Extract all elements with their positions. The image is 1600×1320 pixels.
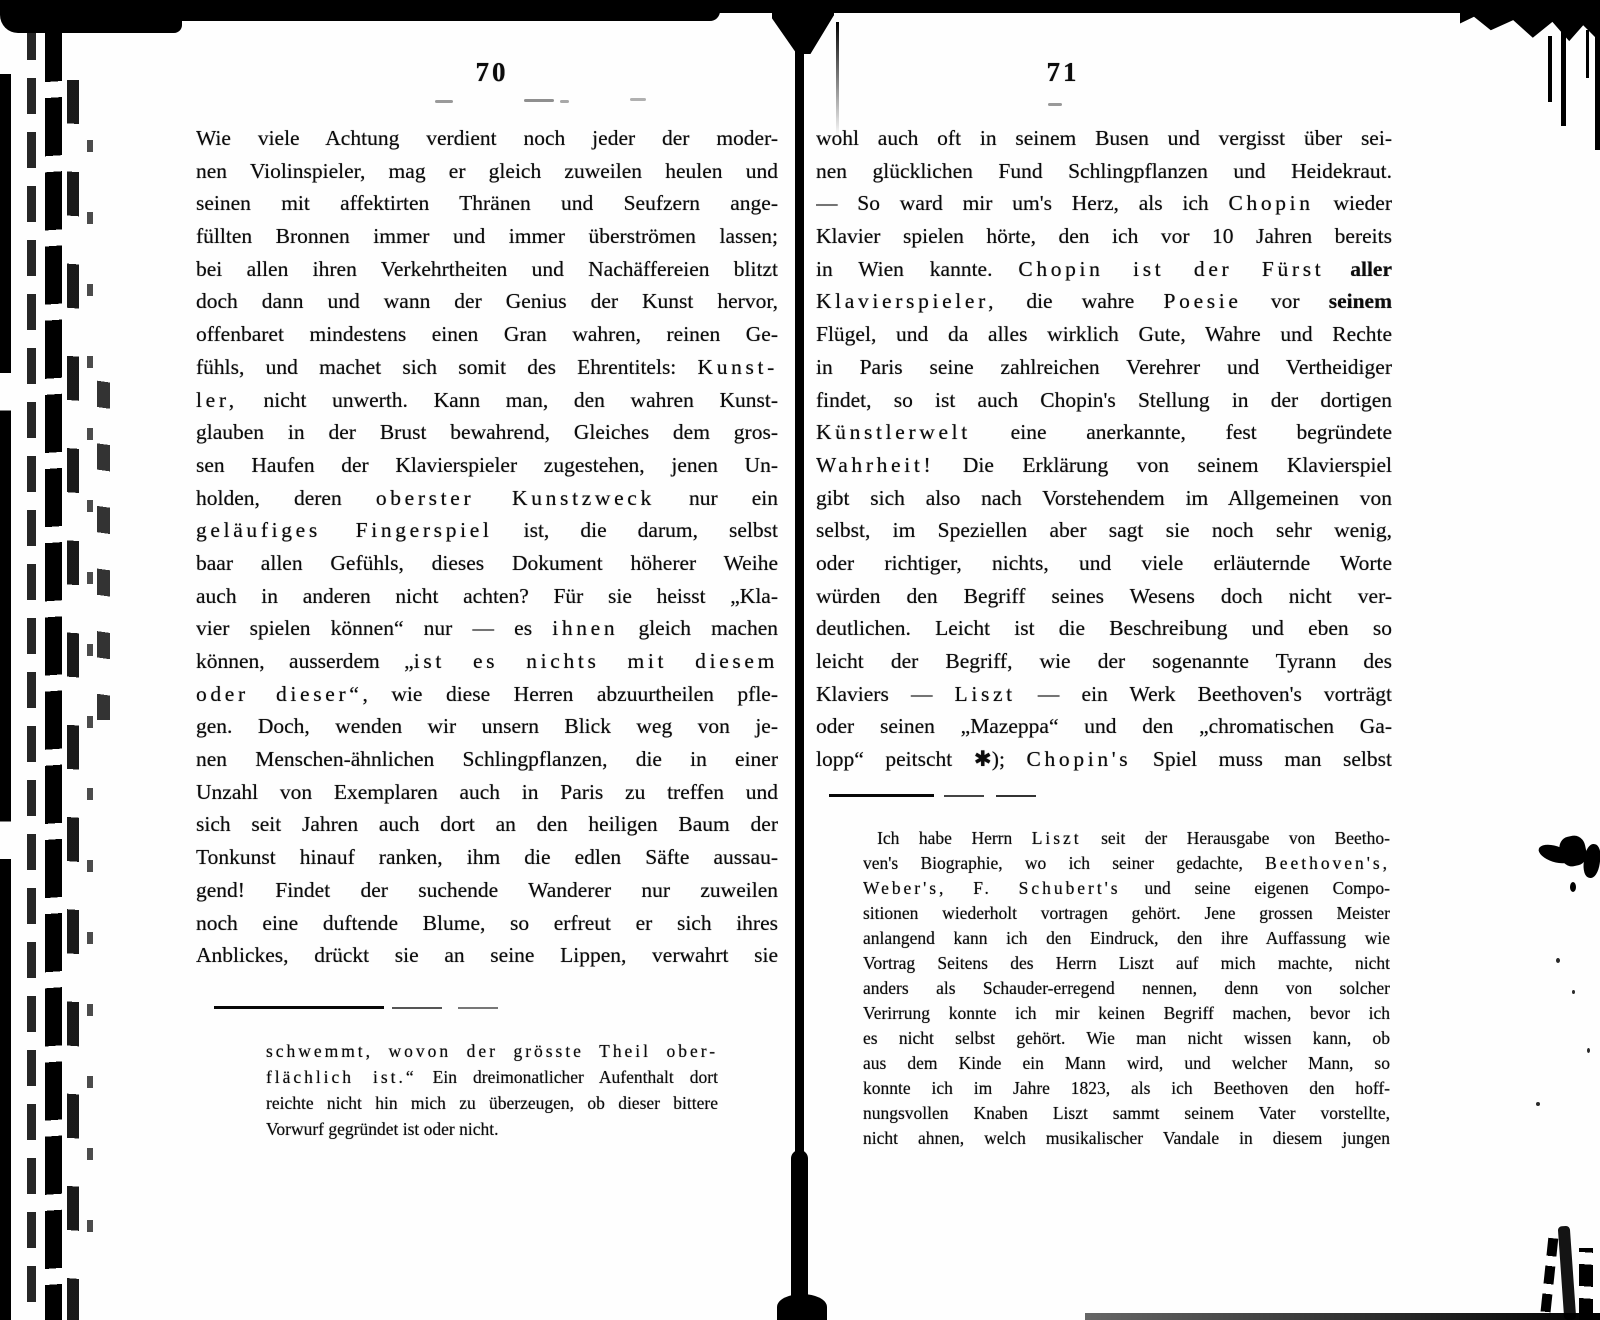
text-segment: seinen mit affektirten Thränen und Seufz… xyxy=(196,191,778,215)
text-line: wohl auch oft in seinem Busen und vergis… xyxy=(816,122,1392,155)
text-segment: oder richtiger, nichts, und viele erläut… xyxy=(816,551,1392,575)
text-segment: nen Menschen-ähnlichen Schlingpflanzen, … xyxy=(196,747,778,771)
text-segment: offenbaret mindestens einen Gran wahren,… xyxy=(196,322,778,346)
text-segment: seit der Herausgabe von Beetho- xyxy=(1082,828,1390,848)
text-segment: — So ward mir um's Herz, als ich xyxy=(816,191,1228,215)
text-segment: Spiel muss man selbst xyxy=(1131,747,1392,771)
text-line: doch dann und wann der Genius der Kunst … xyxy=(196,285,778,318)
text-segment: nen Violinspieler, mag er gleich zuweile… xyxy=(196,159,778,183)
text-segment: sitionen wiederholt vortragen gehört. Je… xyxy=(863,903,1390,923)
text-line: vier spielen können“ nur — es ihnen glei… xyxy=(196,612,778,645)
text-segment: noch eine duftende Blume, so erfreut er … xyxy=(196,911,778,935)
text-line: Vortrag Seitens des Herrn Liszt auf mich… xyxy=(863,951,1390,976)
text-segment: Weber's, F. Schubert's xyxy=(863,878,1121,898)
text-line: Klavier spielen hörte, den ich vor 10 Ja… xyxy=(816,220,1392,253)
ink-splotch xyxy=(1570,882,1576,892)
pencil-dash xyxy=(435,100,453,103)
pencil-dash xyxy=(630,98,646,101)
text-segment: gend! Findet der suchende Wanderer nur z… xyxy=(196,878,778,902)
text-segment: Klavierspieler, xyxy=(816,289,997,313)
text-line: nen Violinspieler, mag er gleich zuweile… xyxy=(196,155,778,188)
text-segment: flächlich ist.“ xyxy=(266,1067,417,1087)
text-line: sich seit Jahren auch dort an den heilig… xyxy=(196,808,778,841)
text-segment: können, ausserdem „ xyxy=(196,649,414,673)
text-segment: Flügel, und da alles wirklich Gute, Wahr… xyxy=(816,322,1392,346)
text-line: reichte nicht hin mich zu überzeugen, ob… xyxy=(266,1090,718,1116)
top-right-corner-artifact xyxy=(1460,0,1600,42)
text-segment: anders als Schauder-erregend nennen, den… xyxy=(863,978,1390,998)
pencil-dash xyxy=(560,100,569,103)
right-footnote-rule-dash xyxy=(996,795,1036,797)
text-line: *) Ich habe Herrn Liszt seit der Herausg… xyxy=(863,826,1390,851)
text-segment: nicht ahnen, welch musikalischer Vandale… xyxy=(863,1128,1390,1148)
left-edge-streak xyxy=(27,24,36,1316)
text-segment: auch in anderen nicht achten? Für sie he… xyxy=(196,584,778,608)
text-segment: nicht unwerth. Kann man, den wahren Kuns… xyxy=(238,388,778,412)
text-segment: geläufiges Fingerspiel xyxy=(196,518,493,542)
text-segment: gleich machen xyxy=(618,616,778,640)
text-segment: füllten Bronnen immer und immer überströ… xyxy=(196,224,778,248)
left-edge-streak xyxy=(67,80,79,1320)
text-line: nen glücklichen Fund Schlingpflanzen und… xyxy=(816,155,1392,188)
text-line: offenbaret mindestens einen Gran wahren,… xyxy=(196,318,778,351)
left-edge-artifact xyxy=(0,74,11,1320)
text-segment: Poesie xyxy=(1164,289,1242,313)
text-segment: Vorwurf gegründet ist oder nicht. xyxy=(266,1119,498,1139)
left-page-footnote-text: schwemmt, wovon der grösste Theil ober-f… xyxy=(266,1038,718,1142)
text-segment: und seine eigenen Compo- xyxy=(1121,878,1390,898)
text-segment: eine anerkannte, fest begründete xyxy=(971,420,1392,444)
text-line: in Wien kannte. Chopin ist der Fürst all… xyxy=(816,253,1392,286)
left-page-main-text: Wie viele Achtung verdient noch jeder de… xyxy=(196,122,778,972)
text-line: seinen mit affektirten Thränen und Seufz… xyxy=(196,187,778,220)
text-line: flächlich ist.“ Ein dreimonatlicher Aufe… xyxy=(266,1064,718,1090)
gutter-shadow xyxy=(795,16,804,1320)
text-line: Vorwurf gegründet ist oder nicht. xyxy=(266,1116,718,1142)
text-segment: leicht der Begriff, wie der sogenannte T… xyxy=(816,649,1392,673)
text-line: schwemmt, wovon der grösste Theil ober- xyxy=(266,1038,718,1064)
bottom-edge-artifact xyxy=(1085,1313,1600,1320)
text-segment: wohl auch oft in seinem Busen und vergis… xyxy=(816,126,1392,150)
text-segment: gibt sich also nach Vorstehendem im Allg… xyxy=(816,486,1392,510)
text-segment: Die Erklärung von seinem Klavierspiel xyxy=(934,453,1392,477)
text-segment: *) Ich habe Herrn xyxy=(863,828,1032,848)
gutter-shadow-blob xyxy=(777,1294,827,1320)
text-segment: doch dann und wann der Genius der Kunst … xyxy=(196,289,778,313)
text-line: selbst, im Speziellen aber sagt sie noch… xyxy=(816,514,1392,547)
text-line: nicht ahnen, welch musikalischer Vandale… xyxy=(863,1126,1390,1151)
text-line: Verirrung konnte ich mir keinen Begriff … xyxy=(863,1001,1390,1026)
text-segment: in Wien kannte. xyxy=(816,257,1018,281)
text-segment: aus dem Kinde ein Mann wird, und welcher… xyxy=(863,1053,1390,1073)
text-segment: oder seinen „Mazeppa“ und den „chromatis… xyxy=(816,714,1392,738)
text-segment: Anblickes, drückt sie an seine Lippen, v… xyxy=(196,943,778,967)
text-line: anders als Schauder-erregend nennen, den… xyxy=(863,976,1390,1001)
text-segment: Kunst- xyxy=(698,355,778,379)
left-footnote-rule-dash xyxy=(458,1007,498,1009)
left-page-number: 70 xyxy=(196,57,788,88)
text-line: konnte ich im Jahre 1823, als ich Beetho… xyxy=(863,1076,1390,1101)
text-line: ven's Biographie, wo ich seiner gedachte… xyxy=(863,851,1390,876)
text-line: auch in anderen nicht achten? Für sie he… xyxy=(196,580,778,613)
text-segment: Chopin ist der Fürst xyxy=(1018,257,1324,281)
text-segment: nur ein xyxy=(655,486,778,510)
text-line: gibt sich also nach Vorstehendem im Allg… xyxy=(816,482,1392,515)
left-edge-streak xyxy=(87,140,93,1240)
text-line: gen. Doch, wenden wir unsern Blick weg v… xyxy=(196,710,778,743)
text-segment: — ein Werk Beethoven's vorträgt xyxy=(1016,682,1392,706)
text-line: Künstlerwelt eine anerkannte, fest begrü… xyxy=(816,416,1392,449)
text-line: in Paris seine zahlreichen Verehrer und … xyxy=(816,351,1392,384)
text-line: nungsvollen Knaben Liszt sammt seinem Va… xyxy=(863,1101,1390,1126)
pencil-dash xyxy=(1048,103,1062,106)
text-segment: ven's Biographie, wo ich seiner gedachte… xyxy=(863,853,1265,873)
text-segment: holden, deren xyxy=(196,486,376,510)
text-segment: oberster Kunstzweck xyxy=(376,486,655,510)
text-segment: ler, xyxy=(196,388,238,412)
text-line: füllten Bronnen immer und immer überströ… xyxy=(196,220,778,253)
gutter-shadow-secondary xyxy=(836,22,839,137)
text-segment: ist es nichts mit diesem xyxy=(414,649,778,673)
text-line: oder dieser“, wie diese Herren abzuurthe… xyxy=(196,678,778,711)
text-line: — So ward mir um's Herz, als ich Chopin … xyxy=(816,187,1392,220)
text-line: Flügel, und da alles wirklich Gute, Wahr… xyxy=(816,318,1392,351)
pencil-dash xyxy=(524,99,554,102)
text-line: holden, deren oberster Kunstzweck nur ei… xyxy=(196,482,778,515)
text-line: baar allen Gefühls, dieses Dokument höhe… xyxy=(196,547,778,580)
text-line: nen Menschen-ähnlichen Schlingpflanzen, … xyxy=(196,743,778,776)
text-line: aus dem Kinde ein Mann wird, und welcher… xyxy=(863,1051,1390,1076)
ink-speck xyxy=(1587,1048,1590,1053)
text-segment: wieder xyxy=(1314,191,1392,215)
text-segment: Wahrheit! xyxy=(816,453,934,477)
bottom-right-streak xyxy=(1558,1226,1577,1320)
text-line: sen Haufen der Klavierspieler zugestehen… xyxy=(196,449,778,482)
text-segment: deutlichen. Leicht ist die Beschreibung … xyxy=(816,616,1392,640)
text-line: anlangend kann ich den Eindruck, den ihr… xyxy=(863,926,1390,951)
right-page-number: 71 xyxy=(817,57,1309,88)
text-segment: Künstlerwelt xyxy=(816,420,971,444)
text-segment: konnte ich im Jahre 1823, als ich Beetho… xyxy=(863,1078,1390,1098)
text-segment: Liszt xyxy=(1032,828,1082,848)
text-line: geläufiges Fingerspiel ist, die darum, s… xyxy=(196,514,778,547)
text-segment: selbst, im Speziellen aber sagt sie noch… xyxy=(816,518,1392,542)
text-segment: schwemmt, wovon der grösste Theil ober- xyxy=(266,1041,718,1061)
left-edge-streak xyxy=(97,380,110,720)
text-segment: würden den Begriff seines Wesens doch ni… xyxy=(816,584,1392,608)
right-page-footnote-text: *) Ich habe Herrn Liszt seit der Herausg… xyxy=(843,826,1390,1151)
ink-drip xyxy=(1595,30,1600,150)
text-segment: Beethoven's, xyxy=(1265,853,1390,873)
text-segment: bei allen ihren Verkehrtheiten und Nachä… xyxy=(196,257,778,281)
text-segment: aller xyxy=(1350,257,1392,281)
text-line: Wie viele Achtung verdient noch jeder de… xyxy=(196,122,778,155)
ink-speck xyxy=(1536,1102,1540,1106)
text-segment: nungsvollen Knaben Liszt sammt seinem Va… xyxy=(863,1103,1390,1123)
ink-speck xyxy=(1556,958,1560,963)
right-page-main-text: wohl auch oft in seinem Busen und vergis… xyxy=(816,122,1392,776)
text-segment: vor xyxy=(1242,289,1329,313)
text-segment: findet, so ist auch Chopin's Stellung in… xyxy=(816,388,1392,412)
text-segment: Klaviers — xyxy=(816,682,955,706)
text-segment: lopp“ peitscht ✱); xyxy=(816,747,1027,771)
text-segment: vier spielen können“ nur — es xyxy=(196,616,552,640)
text-line: lopp“ peitscht ✱); Chopin's Spiel muss m… xyxy=(816,743,1392,776)
text-segment: baar allen Gefühls, dieses Dokument höhe… xyxy=(196,551,778,575)
text-segment: Klavier spielen hörte, den ich vor 10 Ja… xyxy=(816,224,1392,248)
left-edge-streak xyxy=(45,24,62,1320)
text-line: leicht der Begriff, wie der sogenannte T… xyxy=(816,645,1392,678)
text-line: Tonkunst hinauf ranken, ihm die edlen Sä… xyxy=(196,841,778,874)
text-line: oder richtiger, nichts, und viele erläut… xyxy=(816,547,1392,580)
ink-drip xyxy=(1561,30,1566,126)
text-segment: , wie diese Herren abzuurtheilen pfle- xyxy=(362,682,778,706)
text-line: noch eine duftende Blume, so erfreut er … xyxy=(196,907,778,940)
text-line: deutlichen. Leicht ist die Beschreibung … xyxy=(816,612,1392,645)
text-segment: Tonkunst hinauf ranken, ihm die edlen Sä… xyxy=(196,845,778,869)
text-line: sitionen wiederholt vortragen gehört. Je… xyxy=(863,901,1390,926)
text-line: Anblickes, drückt sie an seine Lippen, v… xyxy=(196,939,778,972)
text-segment: Wie viele Achtung verdient noch jeder de… xyxy=(196,126,778,150)
bottom-right-streak xyxy=(1579,1248,1593,1320)
text-line: Wahrheit! Die Erklärung von seinem Klavi… xyxy=(816,449,1392,482)
text-segment: reichte nicht hin mich zu überzeugen, ob… xyxy=(266,1093,718,1113)
book-scan-spread: 70 Wie viele Achtung verdient noch jeder… xyxy=(0,0,1600,1320)
right-footnote-rule xyxy=(829,794,934,797)
text-line: ler, nicht unwerth. Kann man, den wahren… xyxy=(196,384,778,417)
text-segment: fühls, und machet sich somit des Ehrenti… xyxy=(196,355,698,379)
left-footnote-rule xyxy=(214,1006,384,1009)
text-segment: seinem xyxy=(1329,289,1392,313)
text-segment: anlangend kann ich den Eindruck, den ihr… xyxy=(863,928,1390,948)
text-segment: Liszt xyxy=(955,682,1016,706)
text-segment: Unzahl von Exemplaren auch in Paris zu t… xyxy=(196,780,778,804)
bottom-right-streak xyxy=(1540,1238,1559,1320)
right-footnote-rule-dash xyxy=(944,795,984,797)
left-footnote-rule-dash xyxy=(392,1007,442,1009)
text-line: glauben in der Brust bewahrend, Gleiches… xyxy=(196,416,778,449)
ink-drip xyxy=(1586,30,1589,78)
text-line: würden den Begriff seines Wesens doch ni… xyxy=(816,580,1392,613)
text-line: findet, so ist auch Chopin's Stellung in… xyxy=(816,384,1392,417)
text-line: können, ausserdem „ist es nichts mit die… xyxy=(196,645,778,678)
text-line: es nicht selbst gehört. Wie man nicht wi… xyxy=(863,1026,1390,1051)
text-line: Unzahl von Exemplaren auch in Paris zu t… xyxy=(196,776,778,809)
text-segment: sen Haufen der Klavierspieler zugestehen… xyxy=(196,453,778,477)
text-line: Klavierspieler, die wahre Poesie vor sei… xyxy=(816,285,1392,318)
text-segment: glauben in der Brust bewahrend, Gleiches… xyxy=(196,420,778,444)
text-segment: Ein dreimonatlicher Aufenthalt dort xyxy=(417,1067,718,1087)
text-segment: Verirrung konnte ich mir keinen Begriff … xyxy=(863,1003,1390,1023)
text-segment: die wahre xyxy=(997,289,1163,313)
text-segment: gen. Doch, wenden wir unsern Blick weg v… xyxy=(196,714,778,738)
ink-speck xyxy=(1572,990,1575,994)
text-segment: Chopin's xyxy=(1027,747,1132,771)
text-segment: nen glücklichen Fund Schlingpflanzen und… xyxy=(816,159,1392,183)
text-segment: Chopin xyxy=(1228,191,1313,215)
text-segment: oder dieser“ xyxy=(196,682,362,706)
text-line: oder seinen „Mazeppa“ und den „chromatis… xyxy=(816,710,1392,743)
ink-drip xyxy=(1548,36,1552,102)
text-line: Weber's, F. Schubert's und seine eigenen… xyxy=(863,876,1390,901)
text-segment: ihnen xyxy=(552,616,618,640)
text-line: gend! Findet der suchende Wanderer nur z… xyxy=(196,874,778,907)
text-segment: ist, die darum, selbst xyxy=(493,518,778,542)
text-segment xyxy=(1324,257,1350,281)
text-segment: Vortrag Seitens des Herrn Liszt auf mich… xyxy=(863,953,1390,973)
text-segment: in Paris seine zahlreichen Verehrer und … xyxy=(816,355,1392,379)
text-line: Klaviers — Liszt — ein Werk Beethoven's … xyxy=(816,678,1392,711)
text-segment: sich seit Jahren auch dort an den heilig… xyxy=(196,812,778,836)
text-line: bei allen ihren Verkehrtheiten und Nachä… xyxy=(196,253,778,286)
text-segment: es nicht selbst gehört. Wie man nicht wi… xyxy=(863,1028,1390,1048)
text-line: fühls, und machet sich somit des Ehrenti… xyxy=(196,351,778,384)
